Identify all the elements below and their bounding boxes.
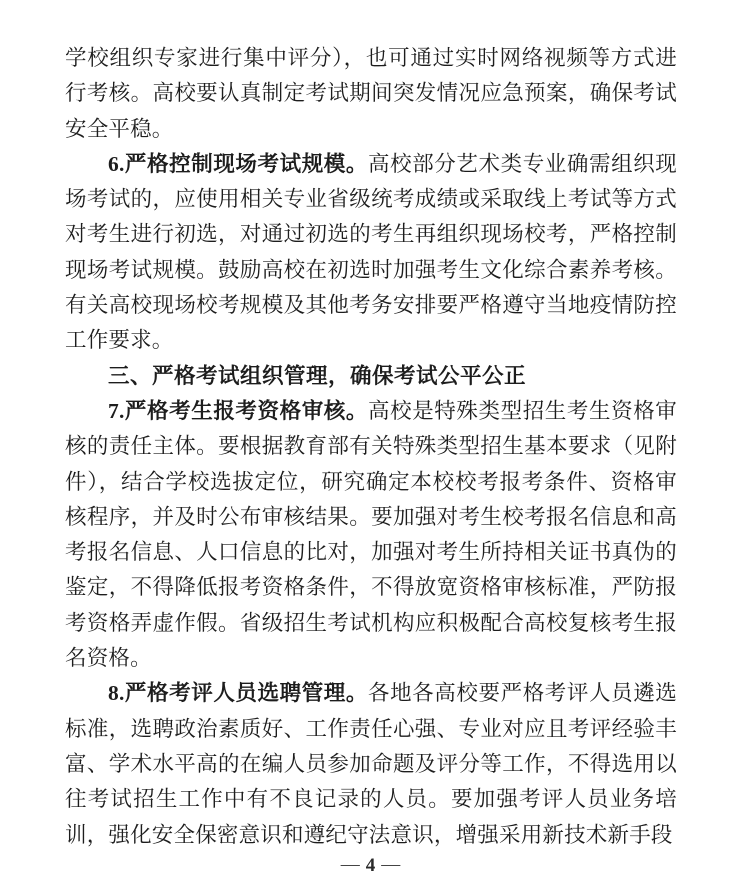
paragraph-item-6-lead: 6.严格控制现场考试规模。 [108,152,368,176]
paragraph-item-7: 7.严格考生报考资格审核。高校是特殊类型招生考生资格审核的责任主体。要根据教育部… [65,394,677,676]
page-footer: —4— [0,855,741,877]
document-content: 学校组织专家进行集中评分），也可通过实时网络视频等方式进行考核。高校要认真制定考… [65,41,677,853]
paragraph-item-8: 8.严格考评人员选聘管理。各地各高校要严格考评人员遴选标准，选聘政治素质好、工作… [65,676,677,852]
document-page: 学校组织专家进行集中评分），也可通过实时网络视频等方式进行考核。高校要认真制定考… [0,0,741,886]
paragraph-item-7-text: 高校是特殊类型招生考生资格审核的责任主体。要根据教育部有关特殊类型招生基本要求（… [65,399,677,670]
paragraph-item-8-lead: 8.严格考评人员选聘管理。 [108,681,368,705]
footer-dash-left: — [341,854,360,875]
section-heading-3-text: 三、严格考试组织管理，确保考试公平公正 [108,364,526,388]
paragraph-item-6: 6.严格控制现场考试规模。高校部分艺术类专业确需组织现场考试的，应使用相关专业省… [65,147,677,359]
footer-dash-right: — [381,854,400,875]
paragraph-item-8-text: 各地各高校要严格考评人员遴选标准，选聘政治素质好、工作责任心强、专业对应且考评经… [65,681,677,846]
paragraph-continuation: 学校组织专家进行集中评分），也可通过实时网络视频等方式进行考核。高校要认真制定考… [65,41,677,147]
paragraph-item-7-lead: 7.严格考生报考资格审核。 [108,399,368,423]
page-number: 4 [366,855,376,876]
section-heading-3: 三、严格考试组织管理，确保考试公平公正 [65,359,677,394]
paragraph-continuation-text: 学校组织专家进行集中评分），也可通过实时网络视频等方式进行考核。高校要认真制定考… [65,46,677,141]
paragraph-item-6-text: 高校部分艺术类专业确需组织现场考试的，应使用相关专业省级统考成绩或采取线上考试等… [65,152,677,352]
